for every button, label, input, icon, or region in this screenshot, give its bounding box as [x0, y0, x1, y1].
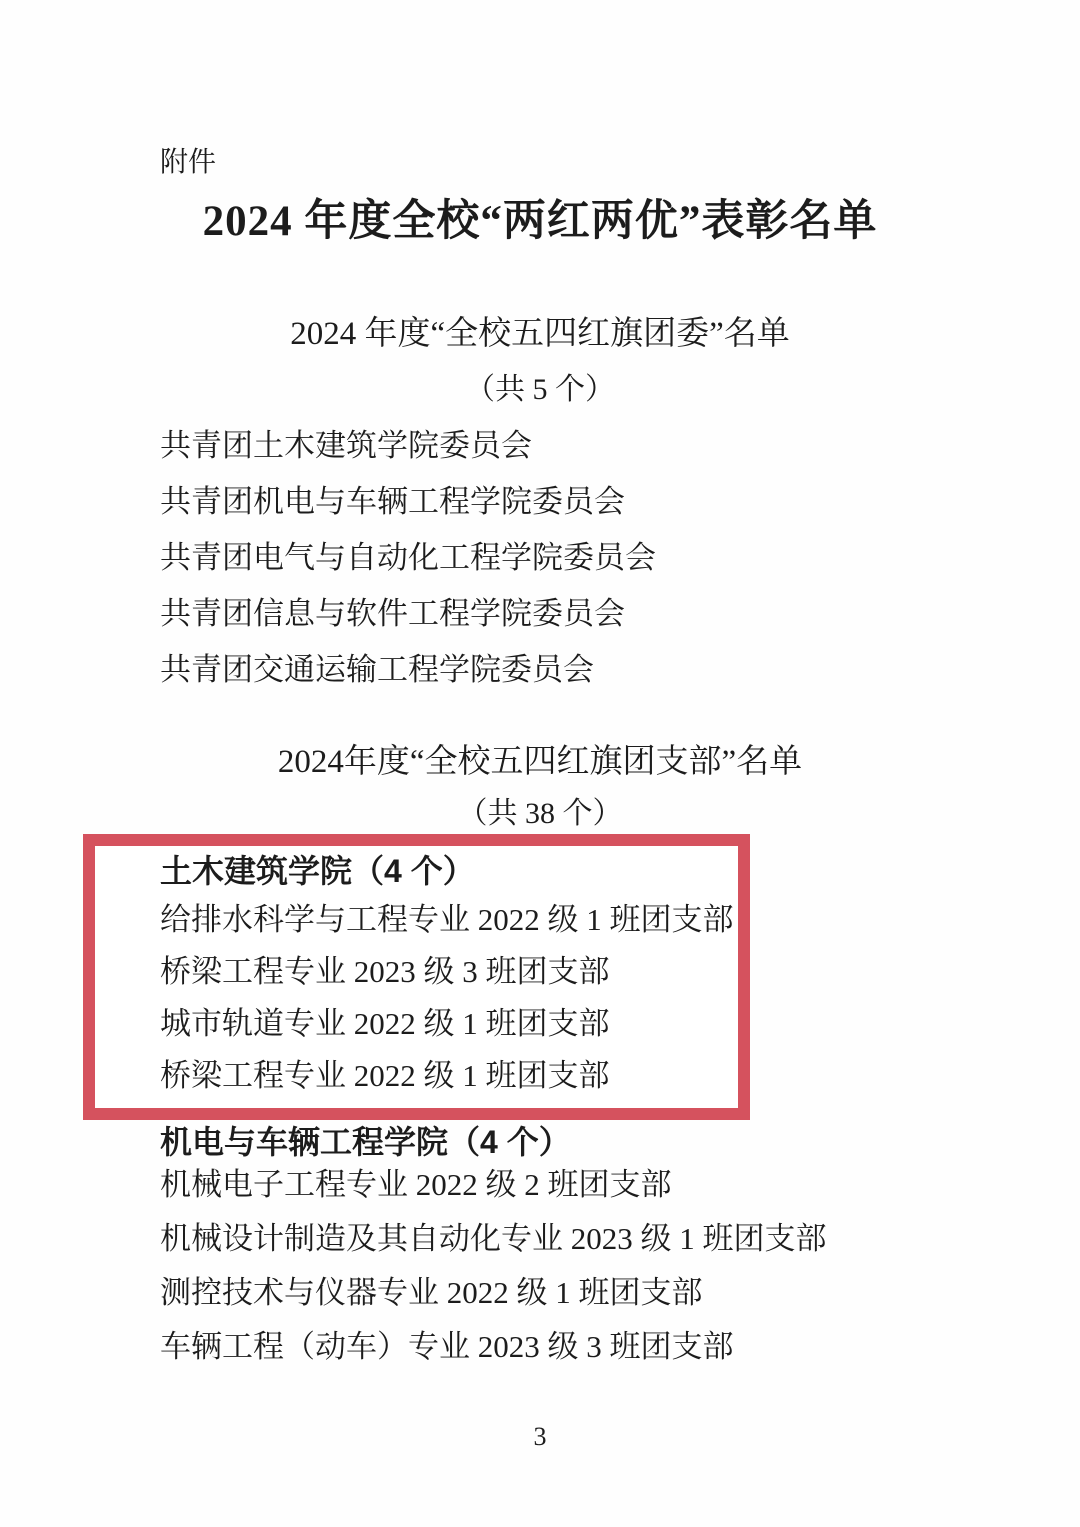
highlight-box: 土木建筑学院（4 个） 给排水科学与工程专业 2022 级 1 班团支部 桥梁工… [83, 834, 750, 1120]
page-number: 3 [0, 1417, 1080, 1457]
attachment-label: 附件 [160, 0, 1080, 180]
page-title: 2024 年度全校“两红两优”表彰名单 [0, 196, 1080, 248]
list-item: 测控技术与仪器专业 2022 级 1 班团支部 [160, 1266, 1080, 1320]
list-item: 机械设计制造及其自动化专业 2023 级 1 班团支部 [160, 1212, 1080, 1266]
list-item: 给排水科学与工程专业 2022 级 1 班团支部 [160, 894, 728, 946]
committee-list: 共青团土木建筑学院委员会 共青团机电与车辆工程学院委员会 共青团电气与自动化工程… [160, 418, 1080, 698]
list-item: 共青团机电与车辆工程学院委员会 [160, 474, 1080, 530]
list-item: 共青团土木建筑学院委员会 [160, 418, 1080, 474]
section-heading-red-flag-branches: 2024年度“全校五四红旗团支部”名单 [0, 740, 1080, 784]
document-page: 附件 2024 年度全校“两红两优”表彰名单 2024 年度“全校五四红旗团委”… [0, 0, 1080, 1527]
list-item: 共青团电气与自动化工程学院委员会 [160, 530, 1080, 586]
list-item: 车辆工程（动车）专业 2023 级 3 班团支部 [160, 1320, 1080, 1374]
list-item: 桥梁工程专业 2022 级 1 班团支部 [160, 1050, 728, 1102]
section-heading-red-flag-committees: 2024 年度“全校五四红旗团委”名单 [0, 312, 1080, 356]
list-item: 机械电子工程专业 2022 级 2 班团支部 [160, 1158, 1080, 1212]
section-count: （共 38 个） [0, 794, 1080, 834]
list-item: 城市轨道专业 2022 级 1 班团支部 [160, 998, 728, 1050]
list-item: 共青团信息与软件工程学院委员会 [160, 586, 1080, 642]
list-item: 共青团交通运输工程学院委员会 [160, 642, 1080, 698]
college-heading-civil-engineering: 土木建筑学院（4 个） [160, 848, 728, 894]
section-count: （共 5 个） [0, 370, 1080, 410]
branch-list: 机械电子工程专业 2022 级 2 班团支部 机械设计制造及其自动化专业 202… [160, 1158, 1080, 1374]
list-item: 桥梁工程专业 2023 级 3 班团支部 [160, 946, 728, 998]
branch-list: 给排水科学与工程专业 2022 级 1 班团支部 桥梁工程专业 2023 级 3… [160, 894, 728, 1102]
